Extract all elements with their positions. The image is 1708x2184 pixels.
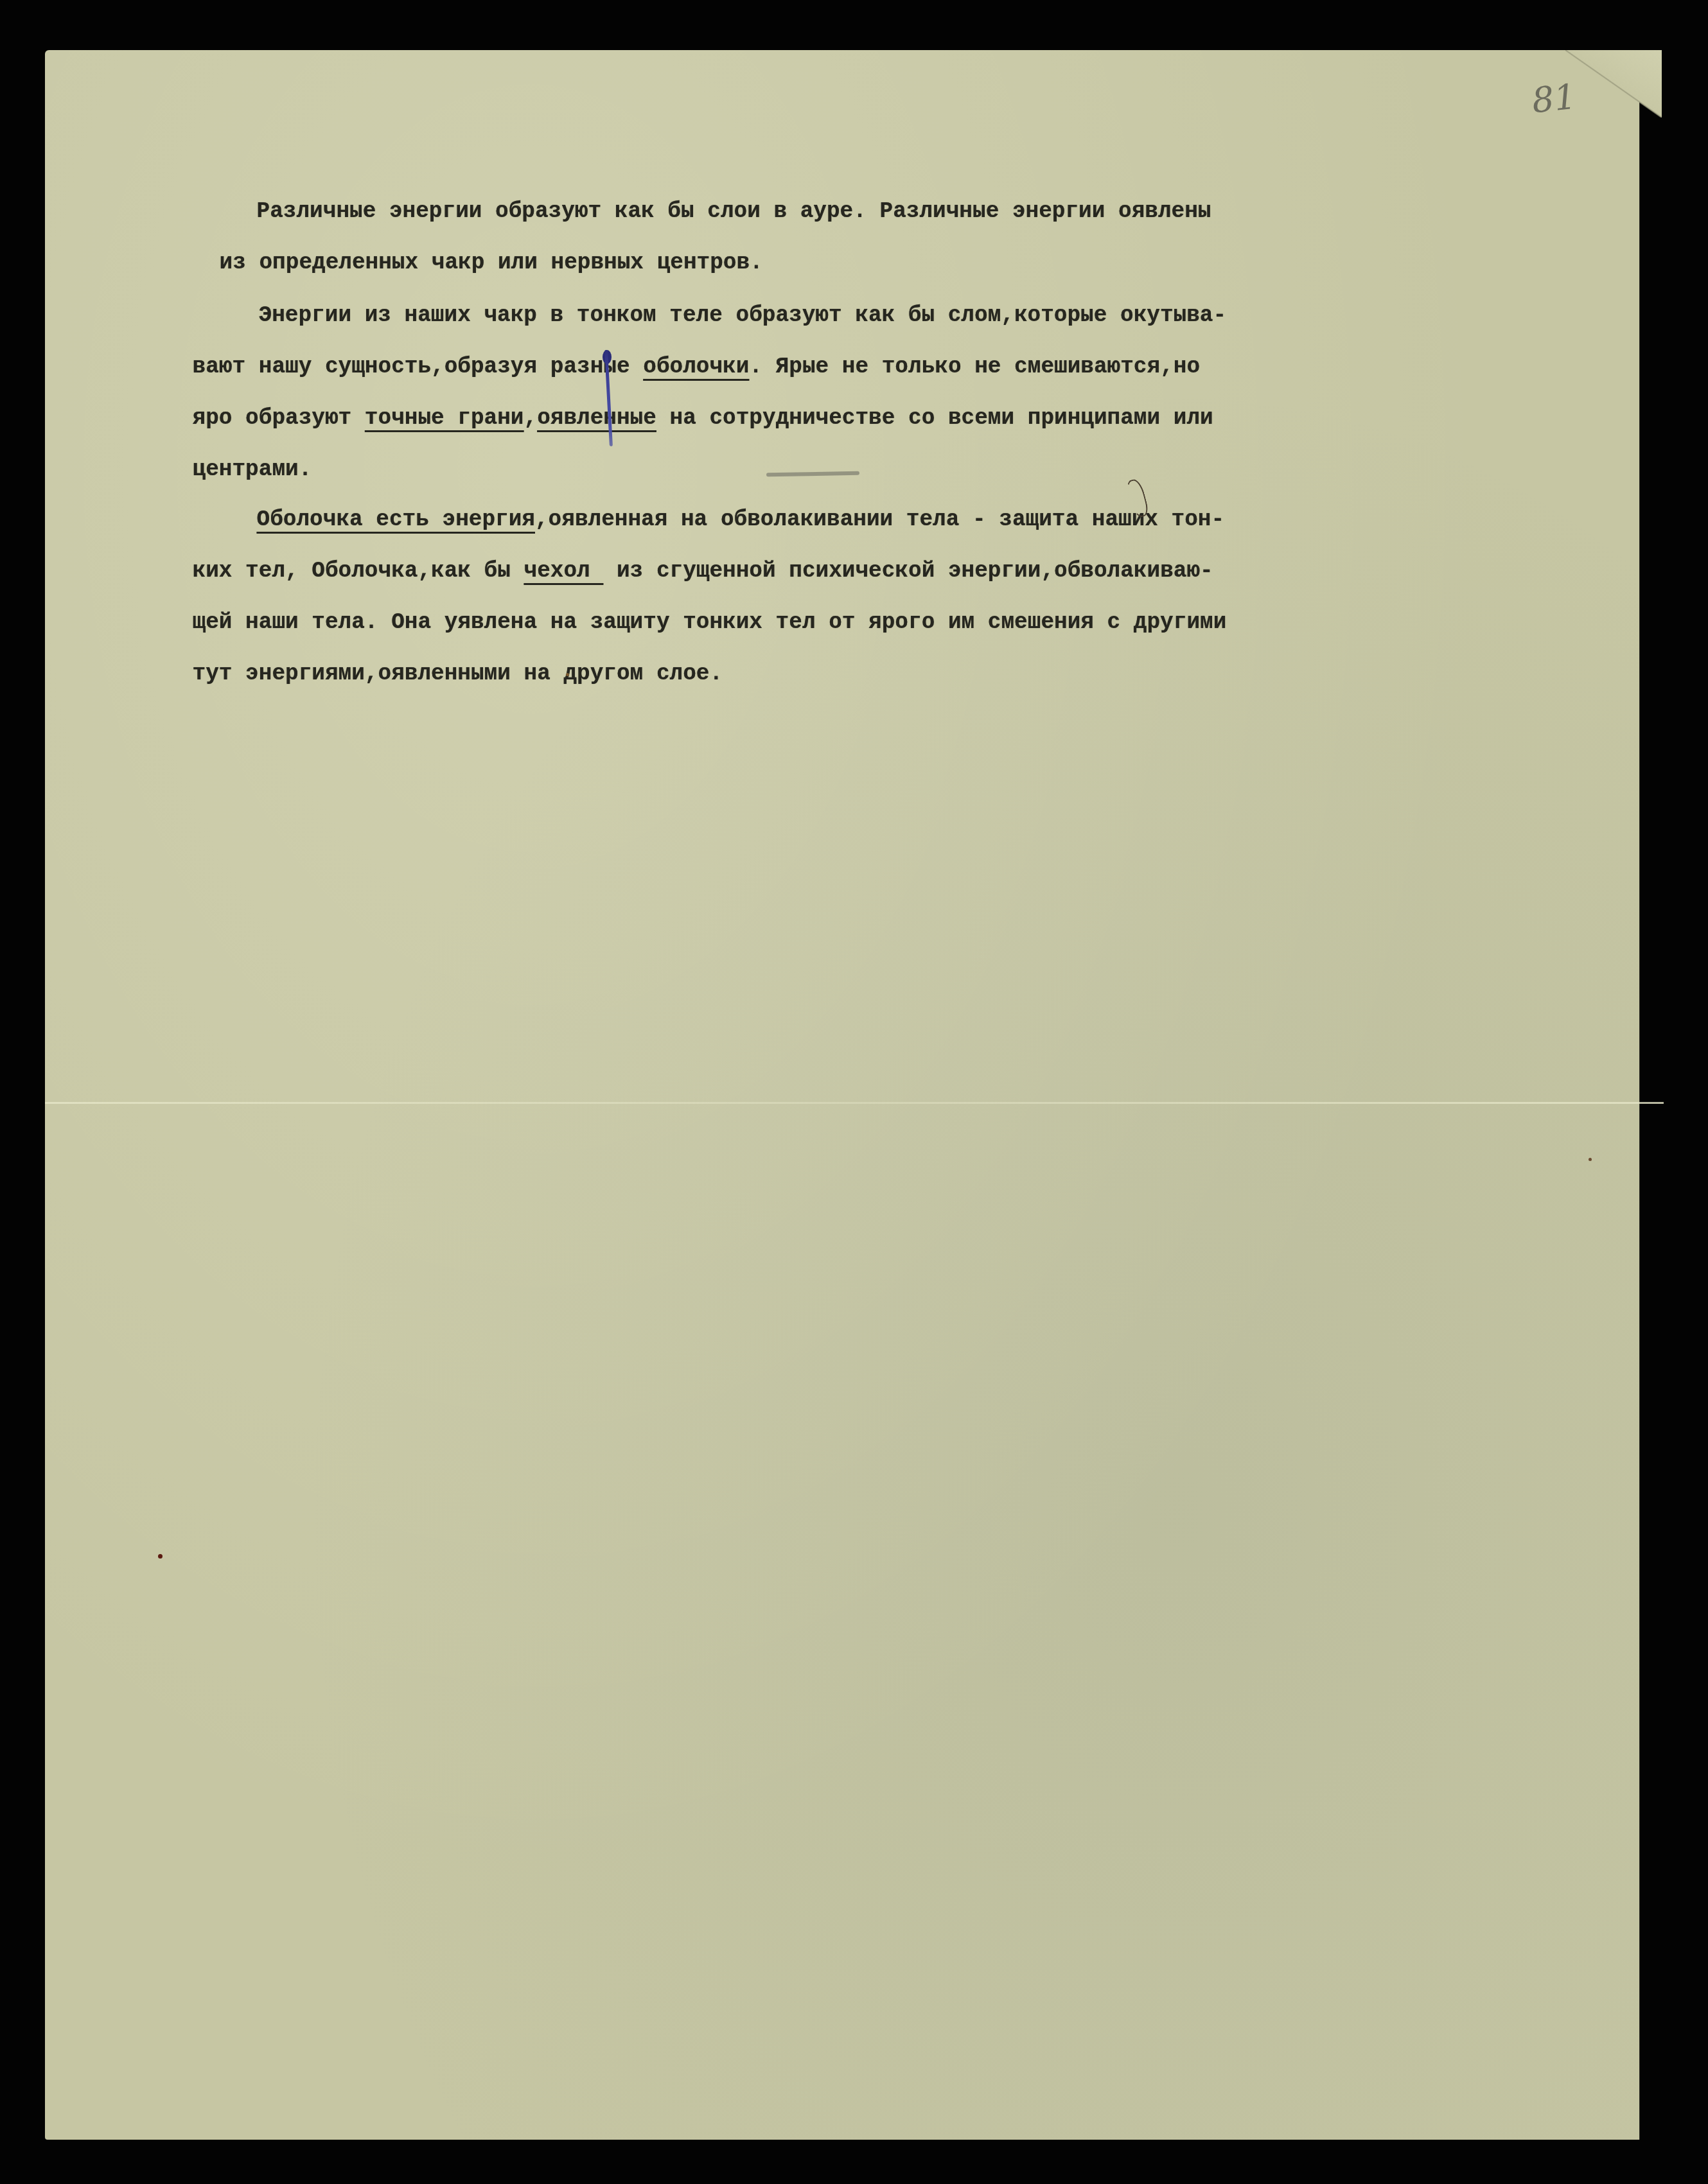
text-line-10: тут энергиями,оявленными на другом слое. — [139, 636, 723, 713]
text-segment: ,которые окутыва- — [1001, 303, 1226, 328]
text-segment: ,оявленная на обволакивании тела - защит… — [535, 507, 1224, 532]
horizontal-fold-crease — [45, 1102, 1664, 1104]
overtyped-word: чакр — [432, 250, 485, 275]
paper-speck — [158, 1554, 163, 1559]
paper-speck — [566, 673, 569, 676]
text-segment: центрами. — [193, 457, 312, 482]
underlined-phrase: точные грани — [365, 406, 524, 431]
underlined-word: чехол — [524, 559, 604, 584]
text-segment: щей наши тела. Она уявлена на защиту тон… — [193, 610, 1227, 635]
text-segment: на сотрудничестве со всеми принципами ил… — [656, 406, 1213, 431]
text-segment: яро образуют — [193, 406, 365, 431]
text-segment: Энергии из наших чакр в тонком теле обра… — [259, 303, 948, 328]
folded-corner — [1565, 50, 1662, 118]
underlined-word: оболочки — [643, 354, 749, 380]
text-segment: , — [524, 406, 538, 431]
text-segment: из сгущенной психической энергии,обволак… — [603, 559, 1213, 584]
text-segment: из определенных — [220, 250, 432, 275]
text-segment: вают нашу сущность,образуя разные — [193, 354, 644, 380]
underlined-phrase: Оболочка есть энергия — [257, 507, 535, 532]
underlined-word: оявленные — [537, 406, 656, 431]
text-segment: ких тел, Оболочка,как бы — [193, 559, 524, 584]
paper-speck — [1589, 1158, 1592, 1161]
page-number: 81 — [1530, 76, 1578, 121]
text-segment: или нервных центров. — [484, 250, 762, 275]
text-segment: тут энергиями,оявленными на другом слое. — [193, 661, 723, 686]
text-segment: Различные энергии образуют как бы слои в… — [257, 199, 1211, 224]
text-segment: . Ярые не только не смешиваются,но — [749, 354, 1200, 380]
overtyped-word: слом — [948, 303, 1001, 328]
